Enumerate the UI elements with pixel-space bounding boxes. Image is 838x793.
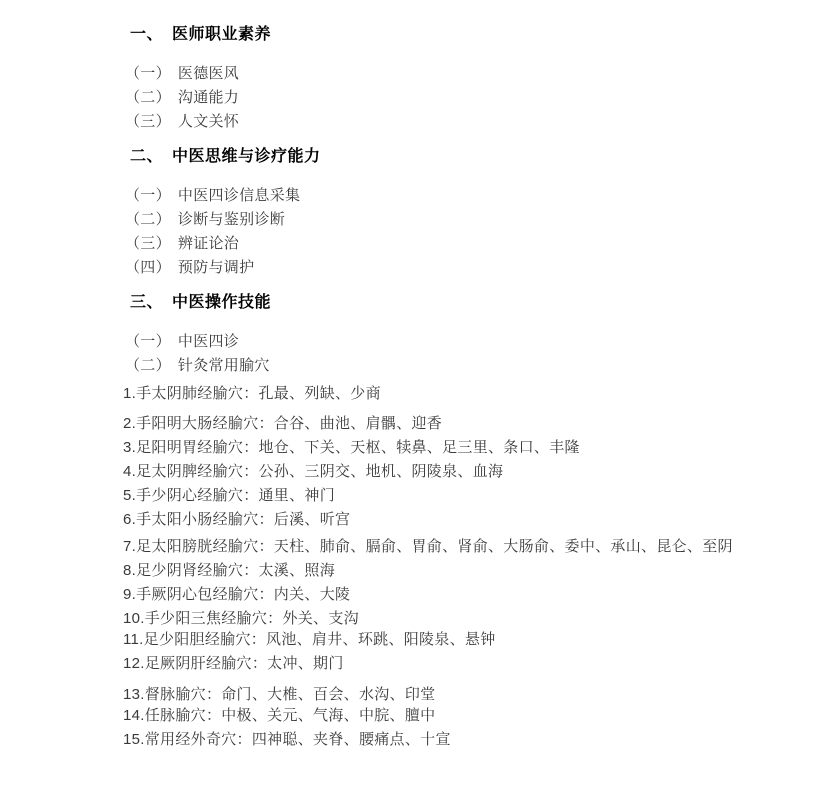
outline-item-text: 辨证论治 [178, 235, 239, 252]
outline-item-marker: （四） [125, 259, 171, 276]
outline-item-marker: （二） [125, 211, 171, 228]
outline-item-marker: （三） [125, 113, 171, 130]
outline-item: （一）医德医风 [125, 62, 798, 86]
outline-document: 一、医师职业素养 （一）医德医风 （二）沟通能力 （三）人文关怀 二、中医思维与… [0, 0, 838, 752]
acupoint-line-kidney-meridian: 8.足少阴肾经腧穴：太溪、照海 [123, 559, 798, 583]
acupoint-line-gallbladder-meridian: 11.足少阳胆经腧穴：风池、肩井、环跳、阳陵泉、悬钟 [123, 628, 798, 652]
outline-item-text: 医德医风 [178, 65, 239, 82]
acupoint-line-large-intestine-meridian: 2.手阳明大肠经腧穴：合谷、曲池、肩髃、迎香 [123, 412, 798, 436]
outline-item-text: 预防与调护 [178, 259, 255, 276]
outline-item: （二）沟通能力 [125, 86, 798, 110]
outline-item: （二）针灸常用腧穴 [125, 354, 798, 378]
outline-item: （一）中医四诊 [125, 330, 798, 354]
acupoint-line-extra-points: 15.常用经外奇穴：四神聪、夹脊、腰痛点、十宣 [123, 728, 798, 752]
outline-item-text: 沟通能力 [178, 89, 239, 106]
section-number: 一、 [130, 26, 163, 43]
outline-item: （二）诊断与鉴别诊断 [125, 208, 798, 232]
outline-item-text: 诊断与鉴别诊断 [178, 211, 285, 228]
outline-item-text: 针灸常用腧穴 [178, 357, 270, 374]
outline-item-text: 中医四诊 [178, 333, 239, 350]
outline-item: （四）预防与调护 [125, 256, 798, 280]
section-title-text: 中医思维与诊疗能力 [172, 148, 321, 165]
acupoint-line-small-intestine-meridian: 6.手太阳小肠经腧穴：后溪、听宫 [123, 508, 798, 532]
section-number: 三、 [130, 294, 163, 311]
outline-item-marker: （二） [125, 357, 171, 374]
outline-item-marker: （三） [125, 235, 171, 252]
outline-item: （三）人文关怀 [125, 110, 798, 134]
outline-item-marker: （二） [125, 89, 171, 106]
acupoint-line-pericardium-meridian: 9.手厥阴心包经腧穴：内关、大陵 [123, 583, 798, 607]
outline-item: （三）辨证论治 [125, 232, 798, 256]
acupoint-list: 1.手太阴肺经腧穴：孔最、列缺、少商 2.手阳明大肠经腧穴：合谷、曲池、肩髃、迎… [123, 382, 798, 752]
acupoint-line-bladder-meridian: 7.足太阳膀胱经腧穴：天柱、肺俞、膈俞、胃俞、肾俞、大肠俞、委中、承山、昆仑、至… [123, 535, 798, 559]
outline-item-marker: （一） [125, 187, 171, 204]
outline-item: （一）中医四诊信息采集 [125, 184, 798, 208]
acupoint-line-ren-meridian: 14.任脉腧穴：中极、关元、气海、中脘、膻中 [123, 704, 798, 728]
acupoint-line-heart-meridian: 5.手少阴心经腧穴：通里、神门 [123, 484, 798, 508]
section-title: 三、中医操作技能 [130, 292, 798, 314]
section-tcm-operating-skills: 三、中医操作技能 （一）中医四诊 （二）针灸常用腧穴 1.手太阴肺经腧穴：孔最、… [123, 292, 798, 752]
section-title: 二、中医思维与诊疗能力 [130, 146, 798, 168]
section-title-text: 医师职业素养 [172, 26, 271, 43]
outline-item-marker: （一） [125, 65, 171, 82]
section-title-text: 中医操作技能 [172, 294, 271, 311]
section-title: 一、医师职业素养 [130, 24, 798, 46]
acupoint-line-spleen-meridian: 4.足太阴脾经腧穴：公孙、三阴交、地机、阴陵泉、血海 [123, 460, 798, 484]
outline-item-marker: （一） [125, 333, 171, 350]
acupoint-line-stomach-meridian: 3.足阳明胃经腧穴：地仓、下关、天枢、犊鼻、足三里、条口、丰隆 [123, 436, 798, 460]
outline-item-text: 人文关怀 [178, 113, 239, 130]
outline-item-text: 中医四诊信息采集 [178, 187, 300, 204]
acupoint-line-liver-meridian: 12.足厥阴肝经腧穴：太冲、期门 [123, 652, 798, 676]
section-tcm-thinking-diagnosis: 二、中医思维与诊疗能力 （一）中医四诊信息采集 （二）诊断与鉴别诊断 （三）辨证… [123, 146, 798, 280]
acupoint-line-lung-meridian: 1.手太阴肺经腧穴：孔最、列缺、少商 [123, 382, 798, 406]
section-physician-professionalism: 一、医师职业素养 （一）医德医风 （二）沟通能力 （三）人文关怀 [123, 24, 798, 134]
section-number: 二、 [130, 148, 163, 165]
